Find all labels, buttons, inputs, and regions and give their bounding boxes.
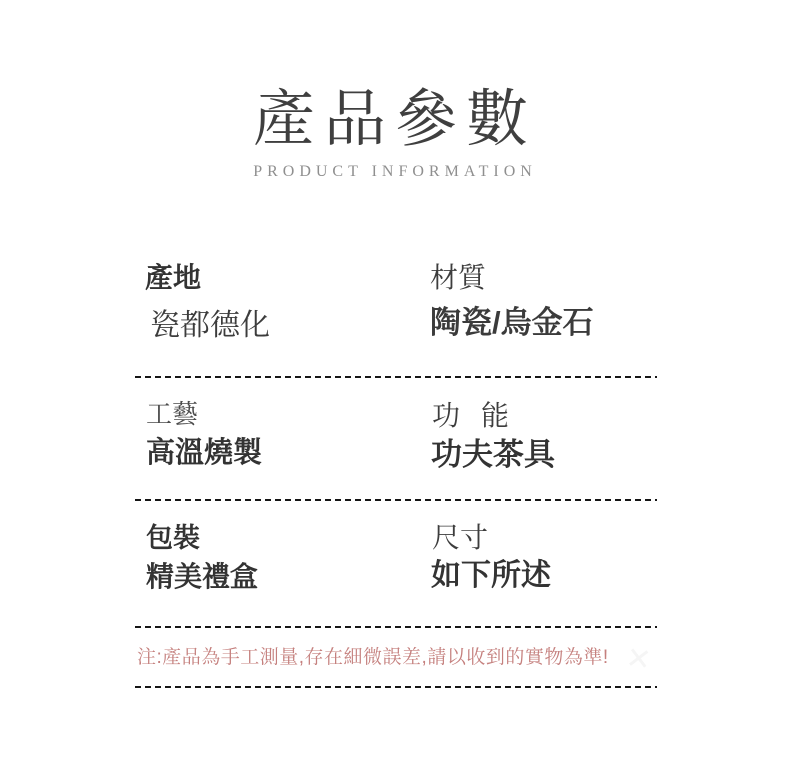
dashed-divider (135, 499, 657, 501)
dashed-divider (135, 686, 657, 688)
spec-label-size: 尺寸 (432, 525, 488, 553)
spec-value-material: 陶瓷/烏金石 (430, 307, 594, 338)
spec-label-material: 材質 (430, 264, 486, 292)
page-title: 產品參數 (0, 86, 790, 154)
page-subtitle: PRODUCT INFORMATION (0, 163, 790, 181)
spec-label-origin: 產地 (145, 264, 201, 292)
product-info-page: { "header": { "title": "產品參數", "subtitle… (0, 0, 790, 774)
faint-watermark-icon: ✕ (624, 640, 654, 678)
measurement-note: 注:產品為手工測量,存在細微誤差,請以收到的實物為準! (137, 647, 609, 670)
dashed-divider (135, 626, 657, 628)
spec-value-size: 如下所述 (431, 561, 551, 591)
spec-value-packaging: 精美禮盒 (146, 563, 258, 591)
spec-value-function: 功夫茶具 (431, 439, 555, 470)
spec-label-packaging: 包裝 (146, 525, 200, 552)
dashed-divider (135, 376, 657, 378)
spec-value-craft: 高溫燒製 (146, 439, 262, 468)
spec-label-function: 功 能 (432, 403, 516, 431)
spec-value-origin: 瓷都德化 (150, 311, 270, 341)
spec-label-craft: 工藝 (146, 401, 198, 427)
